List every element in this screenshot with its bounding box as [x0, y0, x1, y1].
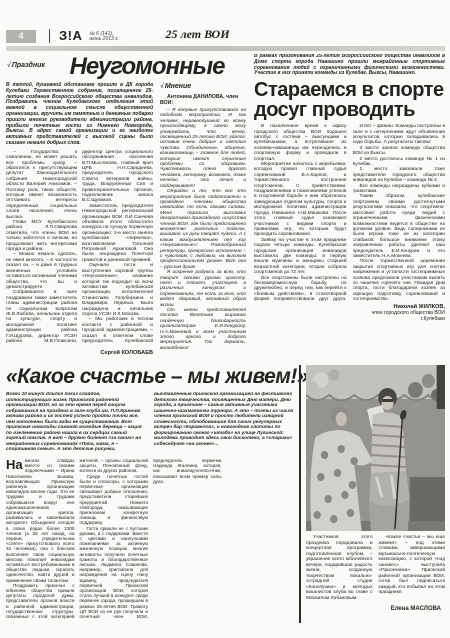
sport-headline-line2: досуг проводить [254, 100, 445, 120]
article-paragraph: Оценили гости и выступления хоровой груп… [82, 263, 153, 317]
newspaper-page: { "colors": { "paper": "#fbfaf8", "ink":… [0, 0, 450, 638]
article-paragraph: Таким образом, кулебакские спортсмены св… [353, 194, 446, 259]
dropcap: На [6, 458, 25, 470]
article-paragraph: 2 место досталось команде № 1 из Кулебак… [353, 157, 446, 168]
check-icon: √ [7, 62, 11, 69]
article-paragraph: – Я впервые присутствовала на подобном м… [160, 108, 246, 189]
below-photo-text: Участников этого праздника порадовала и … [306, 535, 445, 603]
festival-headline: Неугомонные [48, 54, 246, 79]
article-paragraph: Заявку на участие в этом празднике подал… [254, 238, 347, 276]
sport-headline-line1: Стараемся в спорте [254, 80, 445, 100]
article-paragraph: – Можно немало сделать, не имея многого,… [6, 252, 77, 290]
sport-signature: Николай ЖИЛКОВ, член городского общества… [254, 305, 445, 322]
bottom-section: «Какое счастье – мы живем!» Всего 10 мин… [6, 365, 445, 623]
festival-body: – Государство, к сожалению, не может реш… [6, 150, 153, 348]
article-paragraph: Я искренне радуюсь за всех, кто творит с… [160, 270, 246, 308]
article-paragraph: – Государство, к сожалению, не может реш… [6, 150, 77, 220]
festival-and-opinion-columns: В теплой, душевной обстановке прошло в Д… [6, 83, 246, 358]
article-paragraph: Отрадно и то, что все это мероприятие бы… [160, 189, 246, 270]
article-paragraph: Заместитель председателя Нижегородской р… [82, 204, 153, 263]
article-paragraph: Участников этого праздника порадовала и … [306, 535, 373, 601]
sport-article: В рамках празднования 25-летия Всероссий… [246, 54, 445, 358]
page-container: 4 З!А № 6 (141), июнь 2013 г. 25 лет ВОИ… [0, 0, 450, 623]
article-paragraph: Все спортсмены были настроены на бескомп… [254, 276, 347, 303]
article-paragraph: И вот – финиш. Команды построены в зале … [353, 124, 446, 146]
top-section: √Праздник Неугомонные В теплой, душевной… [6, 54, 445, 358]
sport-column-1: В назначенное время к офису городского о… [254, 124, 347, 302]
article-paragraph: Все команды награждены кубками и грамота… [353, 184, 446, 195]
sport-body: В назначенное время к офису городского о… [254, 124, 445, 302]
festival-signature: Сергей КОЛОБАЕВ [6, 350, 153, 356]
sport-column-2: И вот – финиш. Команды построены в зале … [353, 124, 446, 302]
opinion-author: Антонина ДАНИЛОВА, член ВОИ: [160, 94, 246, 106]
paragraph-text: многих слайдах вместе со своими подопечн… [6, 458, 75, 583]
article-paragraph: От имени представителей поселка Велетьма… [160, 308, 246, 351]
article-paragraph: На многих слайдах вместе со своими подоп… [6, 458, 75, 583]
article-paragraph: 3 место заняла команда общества ВОИ из В… [353, 146, 446, 157]
stage-photo-graphic [306, 365, 445, 531]
check-icon: √ [160, 83, 164, 90]
sport-signature-city: г.Кулебаки [254, 317, 445, 323]
article-paragraph: В назначенное время к офису городского о… [254, 124, 347, 162]
happiness-lead: Всего 10 минут длился показ слайдов, илл… [6, 392, 295, 454]
page-header: 4 З!А № 6 (141), июнь 2013 г. 25 лет ВОИ [6, 26, 445, 43]
happiness-body: На многих слайдах вместе со своими подоп… [6, 458, 295, 623]
sport-headline: Стараемся в спорте досуг проводить [254, 80, 445, 120]
happiness-article: «Какое счастье – мы живем!» Всего 10 мин… [6, 365, 301, 623]
photo-column: Участников этого праздника порадовала и … [301, 365, 445, 623]
section-label-mnenie: √Мнение [160, 83, 246, 90]
article-paragraph: Среди почетных гостей были и спонсоры, с… [80, 474, 149, 526]
article-paragraph: «Какое счастье – мы еще живем!» – под эт… [379, 535, 446, 596]
article-paragraph: После торжественной церемонии закрытия с… [353, 259, 446, 302]
article-paragraph: 1 место завоевали тоже представители гор… [353, 167, 446, 183]
section-name: Праздник [12, 62, 45, 69]
festival-headline-row: √Праздник Неугомонные [6, 54, 246, 79]
festival-article-block: √Праздник Неугомонные В теплой, душевной… [6, 54, 246, 358]
header-divider-bar [6, 46, 445, 51]
opinion-body: – Я впервые присутствовала на подобном м… [160, 108, 246, 358]
article-paragraph: Мероприятие началось с жеребьевки, котор… [254, 162, 347, 238]
opinion-column: √Мнение Антонина ДАНИЛОВА, член ВОИ: – Я… [153, 83, 246, 358]
sport-intro: В рамках празднования 25-летия Всероссий… [254, 54, 445, 77]
happiness-signature: Елена МАСЛОВА [306, 606, 445, 612]
article-paragraph: Глава МСУ Кулебакского района Л.П.Смирно… [6, 220, 77, 252]
festival-lead: В теплой, душевной обстановке прошло в Д… [6, 83, 153, 147]
section-name: Мнение [165, 83, 191, 90]
stage-photo [306, 365, 445, 531]
festival-article: В теплой, душевной обстановке прошло в Д… [6, 83, 153, 358]
happiness-headline: «Какое счастье – мы живем!» [6, 365, 295, 389]
section-label-prazdnik: √Праздник [7, 62, 45, 69]
edition-title: 25 лет ВОИ [6, 27, 389, 42]
